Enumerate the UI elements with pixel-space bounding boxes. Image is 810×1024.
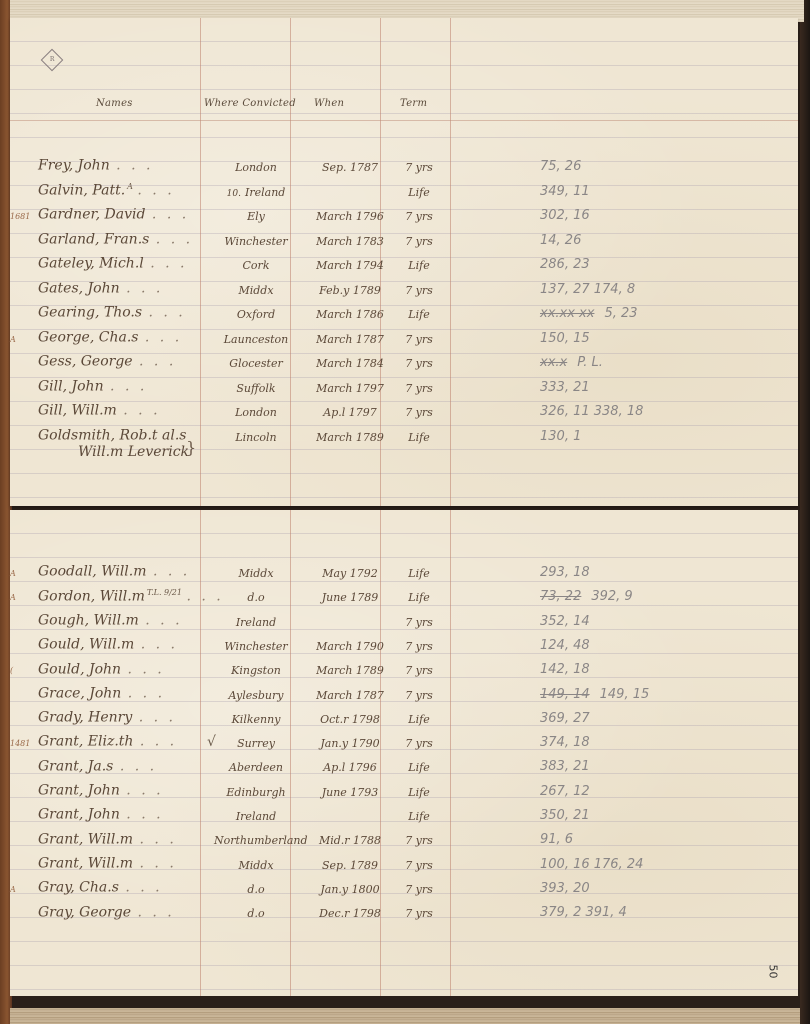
book-edge-right bbox=[800, 0, 810, 1024]
conviction-date: Sep. 1787 bbox=[306, 161, 394, 174]
table-row: Gill, John . . .SuffolkMarch 17977 yrs33… bbox=[10, 375, 798, 399]
leader-dots: . . . bbox=[145, 330, 182, 346]
leader-dots: . . . bbox=[125, 880, 162, 896]
pencil-reference: 142, 18 bbox=[540, 662, 590, 677]
place-convicted: Launceston bbox=[214, 333, 298, 346]
sentence-term: 7 yrs bbox=[388, 382, 450, 395]
sentence-term: Life bbox=[388, 713, 450, 726]
leader-dots: . . . bbox=[139, 710, 176, 726]
struck-reference: 73, 22 bbox=[540, 589, 581, 604]
margin-annotation: 1481 bbox=[10, 739, 30, 748]
place-text: Ireland bbox=[236, 810, 276, 823]
place-convicted: London bbox=[214, 406, 298, 419]
leader-dots: . . . bbox=[137, 904, 174, 920]
reference-text: 286, 23 bbox=[540, 257, 590, 272]
table-row: Gates, John . . .MiddxFeb.y 17897 yrs137… bbox=[10, 277, 798, 301]
reference-text: 302, 16 bbox=[540, 208, 590, 223]
sentence-term: 7 yrs bbox=[388, 616, 450, 629]
reference-text: 150, 15 bbox=[540, 331, 590, 346]
place-convicted: Cork bbox=[214, 259, 298, 272]
conviction-date: Jan.y 1790 bbox=[306, 737, 394, 750]
place-text: Winchester bbox=[224, 640, 287, 653]
table-row: Frey, John . . .LondonSep. 17877 yrs75, … bbox=[10, 154, 798, 178]
reference-text: 333, 21 bbox=[540, 380, 590, 395]
sentence-term: 7 yrs bbox=[388, 235, 450, 248]
conviction-date: Sep. 1789 bbox=[306, 859, 394, 872]
struck-reference: xx.x bbox=[540, 355, 567, 370]
reference-text: 124, 48 bbox=[540, 638, 590, 653]
sentence-term: Life bbox=[388, 591, 450, 604]
place-convicted: Kilkenny bbox=[214, 713, 298, 726]
convict-name: Garland, Fran.s . . . bbox=[38, 231, 193, 248]
sentence-term: 7 yrs bbox=[388, 859, 450, 872]
sentence-term: 7 yrs bbox=[388, 907, 450, 920]
place-convicted: Surrey bbox=[214, 737, 298, 750]
leader-dots: . . . bbox=[140, 831, 177, 847]
table-row: Garland, Fran.s . . .WinchesterMarch 178… bbox=[10, 228, 798, 252]
table-row: Gateley, Mich.l . . .CorkMarch 1794Life2… bbox=[10, 252, 798, 276]
name-text: Grant, John bbox=[38, 807, 120, 823]
pencil-reference: 352, 14 bbox=[540, 614, 590, 629]
conviction-date: March 1790 bbox=[306, 640, 394, 653]
header-rule bbox=[10, 120, 798, 121]
convict-name: Gray, George . . . bbox=[38, 904, 175, 921]
reference-text: 100, 16 176, 24 bbox=[540, 857, 643, 872]
sentence-term: 7 yrs bbox=[388, 161, 450, 174]
reference-text: P. L. bbox=[577, 355, 603, 370]
pencil-reference: 333, 21 bbox=[540, 380, 590, 395]
reference-text: 267, 12 bbox=[540, 784, 590, 799]
sentence-term: Life bbox=[388, 431, 450, 444]
place-convicted: Winchester bbox=[214, 640, 298, 653]
conviction-date: March 1796 bbox=[306, 210, 394, 223]
pencil-reference: 124, 48 bbox=[540, 638, 590, 653]
place-text: Ireland bbox=[236, 616, 276, 629]
sentence-term: 7 yrs bbox=[388, 333, 450, 346]
margin-annotation: 1681 bbox=[10, 212, 30, 221]
convict-name: Grant, Will.m . . . bbox=[38, 855, 177, 872]
leader-dots: . . . bbox=[126, 807, 163, 823]
reference-text: 379, 2 391, 4 bbox=[540, 905, 627, 920]
convict-name: Grace, John . . . bbox=[38, 685, 165, 702]
name-text: Gess, George bbox=[38, 354, 133, 370]
pencil-reference: 379, 2 391, 4 bbox=[540, 905, 627, 920]
conviction-date: Oct.r 1798 bbox=[306, 713, 394, 726]
place-text: Launceston bbox=[224, 333, 288, 346]
convict-name: Gill, John . . . bbox=[38, 378, 147, 395]
reference-text: 326, 11 338, 18 bbox=[540, 404, 643, 419]
leader-dots: . . . bbox=[156, 232, 193, 248]
place-convicted: Edinburgh bbox=[214, 786, 298, 799]
pencil-reference: 349, 11 bbox=[540, 184, 590, 199]
pencil-reference: 149, 14149, 15 bbox=[540, 687, 649, 702]
place-text: Aylesbury bbox=[229, 689, 284, 702]
reference-text: 293, 18 bbox=[540, 565, 590, 580]
table-row: AGray, Cha.s . . .d.oJan.y 18007 yrs393,… bbox=[10, 876, 798, 900]
name-text: Gould, Will.m bbox=[38, 637, 134, 653]
sentence-term: Life bbox=[388, 308, 450, 321]
table-row: Gough, Will.m . . .Ireland7 yrs352, 14 bbox=[10, 609, 798, 633]
place-convicted: Winchester bbox=[214, 235, 298, 248]
table-row: (Gould, John . . .KingstonMarch 17897 yr… bbox=[10, 657, 798, 681]
conviction-date: Dec.r 1798 bbox=[306, 907, 394, 920]
reference-text: 392, 9 bbox=[591, 589, 632, 604]
convict-alias: Will.m Leverick bbox=[78, 444, 189, 466]
pencil-reference: 350, 21 bbox=[540, 808, 590, 823]
reference-text: 369, 27 bbox=[540, 711, 590, 726]
place-text: Surrey bbox=[237, 737, 275, 750]
pencil-reference: 369, 27 bbox=[540, 711, 590, 726]
place-text: Lincoln bbox=[235, 431, 276, 444]
name-text: Gray, Cha.s bbox=[38, 880, 119, 896]
pencil-reference: xx.xx xx5, 23 bbox=[540, 306, 638, 321]
place-convicted: Middx bbox=[214, 567, 298, 580]
margin-annotation: ( bbox=[10, 666, 13, 675]
place-convicted: Aberdeen bbox=[214, 761, 298, 774]
name-text: Gray, George bbox=[38, 904, 131, 920]
name-text: Gateley, Mich.l bbox=[38, 256, 144, 272]
reference-text: 149, 15 bbox=[600, 687, 650, 702]
pencil-reference: 383, 21 bbox=[540, 759, 590, 774]
place-text: Northumberland bbox=[214, 834, 308, 847]
place-text: d.o bbox=[247, 591, 264, 604]
pencil-reference: 137, 27 174, 8 bbox=[540, 282, 635, 297]
table-row: Gess, George . . .GlocesterMarch 17847 y… bbox=[10, 350, 798, 374]
convict-name: Gould, John . . . bbox=[38, 661, 165, 678]
conviction-date: March 1784 bbox=[306, 357, 394, 370]
place-text: Kingston bbox=[231, 664, 281, 677]
pencil-reference: 75, 26 bbox=[540, 159, 581, 174]
name-annotation: T.L. 9/21 bbox=[147, 588, 182, 597]
name-text: Grant, Ja.s bbox=[38, 758, 113, 774]
leader-dots: . . . bbox=[145, 613, 182, 629]
sentence-term: 7 yrs bbox=[388, 737, 450, 750]
leader-dots: . . . bbox=[149, 305, 186, 321]
place-convicted: d.o bbox=[214, 591, 298, 604]
reference-text: 352, 14 bbox=[540, 614, 590, 629]
name-text: Frey, John bbox=[38, 158, 110, 174]
convict-name: Gearing, Tho.s . . . bbox=[38, 304, 186, 321]
margin-annotation: A bbox=[10, 335, 16, 344]
place-text: London bbox=[235, 406, 277, 419]
table-row: Grady, Henry . . .KilkennyOct.r 1798Life… bbox=[10, 706, 798, 730]
reference-text: 14, 26 bbox=[540, 233, 581, 248]
place-text: Oxford bbox=[237, 308, 275, 321]
table-row: AGeorge, Cha.s . . .LauncestonMarch 1787… bbox=[10, 326, 798, 350]
place-convicted: Oxford bbox=[214, 308, 298, 321]
column-header-term: Term bbox=[400, 98, 427, 109]
name-text: Gough, Will.m bbox=[38, 613, 139, 629]
name-text: Grant, Will.m bbox=[38, 831, 133, 847]
place-text: Cork bbox=[243, 259, 270, 272]
reference-text: 91, 6 bbox=[540, 832, 573, 847]
name-text: Gearing, Tho.s bbox=[38, 305, 142, 321]
leader-dots: . . . bbox=[139, 354, 176, 370]
conviction-date: March 1789 bbox=[306, 664, 394, 677]
sentence-term: 7 yrs bbox=[388, 406, 450, 419]
place-note: 10. bbox=[227, 189, 241, 199]
reference-text: 142, 18 bbox=[540, 662, 590, 677]
place-text: Ely bbox=[247, 210, 265, 223]
column-header-when: When bbox=[314, 98, 344, 109]
sentence-term: Life bbox=[388, 567, 450, 580]
convict-name: Galvin, Patt.A . . . bbox=[38, 182, 175, 199]
table-row: AGordon, Will.mT.L. 9/21 . . .d.oJune 17… bbox=[10, 584, 798, 608]
brace-icon: } bbox=[186, 438, 196, 457]
place-convicted: Lincoln bbox=[214, 431, 298, 444]
place-text: d.o bbox=[247, 883, 264, 896]
leader-dots: . . . bbox=[120, 758, 157, 774]
name-text: Galvin, Patt. bbox=[38, 183, 125, 199]
pencil-reference: 91, 6 bbox=[540, 832, 573, 847]
table-row: Grant, Will.m . . .NorthumberlandMid.r 1… bbox=[10, 827, 798, 851]
conviction-date: Ap.l 1797 bbox=[306, 406, 394, 419]
sentence-term: Life bbox=[388, 810, 450, 823]
conviction-date: March 1786 bbox=[306, 308, 394, 321]
place-text: Suffolk bbox=[236, 382, 275, 395]
page-edges-bottom bbox=[10, 1008, 800, 1024]
leader-dots: . . . bbox=[128, 686, 165, 702]
pencil-reference: 293, 18 bbox=[540, 565, 590, 580]
reference-text: 393, 20 bbox=[540, 881, 590, 896]
sentence-term: Life bbox=[388, 186, 450, 199]
conviction-date: Mid.r 1788 bbox=[306, 834, 394, 847]
name-text: Garland, Fran.s bbox=[38, 232, 149, 248]
table-row: Grant, Ja.s . . .AberdeenAp.l 1796Life38… bbox=[10, 754, 798, 778]
conviction-date: March 1787 bbox=[306, 689, 394, 702]
place-convicted: Northumberland bbox=[214, 834, 298, 847]
table-row: Gill, Will.m . . .LondonAp.l 17977 yrs32… bbox=[10, 399, 798, 423]
pencil-reference: 130, 1 bbox=[540, 429, 581, 444]
convict-name: Grady, Henry . . . bbox=[38, 709, 176, 726]
place-convicted: Ireland bbox=[214, 616, 298, 629]
sentence-term: Life bbox=[388, 259, 450, 272]
convict-name: Grant, Ja.s . . . bbox=[38, 758, 157, 775]
leader-dots: . . . bbox=[123, 403, 160, 419]
place-convicted: d.o bbox=[214, 907, 298, 920]
place-text: Middx bbox=[238, 859, 273, 872]
convict-name: Gates, John . . . bbox=[38, 280, 163, 297]
reference-text: 130, 1 bbox=[540, 429, 581, 444]
conviction-date: March 1789 bbox=[306, 431, 394, 444]
pencil-reference: 150, 15 bbox=[540, 331, 590, 346]
table-row: Galvin, Patt.A . . .10.IrelandLife349, 1… bbox=[10, 179, 798, 203]
name-text: Gardner, David bbox=[38, 207, 145, 223]
leader-dots: . . . bbox=[126, 783, 163, 799]
margin-annotation: A bbox=[10, 593, 16, 602]
pencil-reference: xx.xP. L. bbox=[540, 355, 603, 370]
table-row: 1681Gardner, David . . .ElyMarch 17967 y… bbox=[10, 203, 798, 227]
place-text: Middx bbox=[238, 567, 273, 580]
sentence-term: Life bbox=[388, 761, 450, 774]
place-convicted: 10.Ireland bbox=[214, 186, 298, 199]
convict-name: Grant, John . . . bbox=[38, 806, 164, 823]
leader-dots: . . . bbox=[150, 256, 187, 272]
leader-dots: . . . bbox=[128, 661, 165, 677]
sentence-term: 7 yrs bbox=[388, 357, 450, 370]
name-text: Gill, Will.m bbox=[38, 403, 117, 419]
conviction-date: Jan.y 1800 bbox=[306, 883, 394, 896]
place-convicted: Aylesbury bbox=[214, 689, 298, 702]
convict-name: Gray, Cha.s . . . bbox=[38, 879, 163, 896]
table-row: 1481Grant, Eliz.th . . .√SurreyJan.y 179… bbox=[10, 730, 798, 754]
sentence-term: 7 yrs bbox=[388, 664, 450, 677]
reference-text: 75, 26 bbox=[540, 159, 581, 174]
table-row: Gould, Will.m . . .WinchesterMarch 17907… bbox=[10, 633, 798, 657]
convict-name: Gardner, David . . . bbox=[38, 206, 189, 223]
table-row: Grant, John . . .IrelandLife350, 21 bbox=[10, 803, 798, 827]
leader-dots: . . . bbox=[137, 183, 174, 199]
name-text: Gill, John bbox=[38, 379, 104, 395]
leader-dots: . . . bbox=[140, 734, 177, 750]
convict-name: Gould, Will.m . . . bbox=[38, 636, 178, 653]
sentence-term: 7 yrs bbox=[388, 883, 450, 896]
place-text: Kilkenny bbox=[232, 713, 281, 726]
table-row: Grace, John . . .AylesburyMarch 17877 yr… bbox=[10, 682, 798, 706]
convict-name: Grant, Eliz.th . . . bbox=[38, 733, 177, 750]
pencil-reference: 326, 11 338, 18 bbox=[540, 404, 643, 419]
convict-name: Goodall, Will.m . . . bbox=[38, 563, 190, 580]
leader-dots: . . . bbox=[140, 856, 177, 872]
conviction-date: March 1787 bbox=[306, 333, 394, 346]
place-text: Edinburgh bbox=[226, 786, 285, 799]
name-text: Grant, John bbox=[38, 783, 120, 799]
name-text: Grant, Will.m bbox=[38, 856, 133, 872]
convict-name: Gordon, Will.mT.L. 9/21 . . . bbox=[38, 588, 224, 605]
convict-name: Gill, Will.m . . . bbox=[38, 402, 161, 419]
column-header-where-convicted: Where Convicted bbox=[204, 98, 296, 109]
name-annotation: A bbox=[127, 182, 133, 191]
sentence-term: 7 yrs bbox=[388, 210, 450, 223]
pencil-reference: 267, 12 bbox=[540, 784, 590, 799]
place-convicted: Glocester bbox=[214, 357, 298, 370]
name-text: Gould, John bbox=[38, 661, 121, 677]
table-row: Gray, George . . .d.oDec.r 17987 yrs379,… bbox=[10, 900, 798, 924]
name-text: Gates, John bbox=[38, 281, 120, 297]
reference-text: 350, 21 bbox=[540, 808, 590, 823]
name-text: Grace, John bbox=[38, 686, 121, 702]
reference-text: 374, 18 bbox=[540, 735, 590, 750]
place-text: Glocester bbox=[229, 357, 282, 370]
name-text: Goldsmith, Rob.t al.s bbox=[38, 428, 186, 444]
name-text: George, Cha.s bbox=[38, 330, 138, 346]
column-header-names: Names bbox=[96, 98, 133, 109]
ledger-page-bottom: AGoodall, Will.m . . .MiddxMay 1792Life2… bbox=[10, 510, 798, 996]
pencil-reference: 14, 26 bbox=[540, 233, 581, 248]
leader-dots: . . . bbox=[126, 281, 163, 297]
name-text: Grady, Henry bbox=[38, 710, 132, 726]
leader-dots: . . . bbox=[141, 637, 178, 653]
pencil-reference: 286, 23 bbox=[540, 257, 590, 272]
conviction-date: June 1789 bbox=[306, 591, 394, 604]
reference-text: 349, 11 bbox=[540, 184, 590, 199]
struck-reference: 149, 14 bbox=[540, 687, 590, 702]
conviction-date: March 1783 bbox=[306, 235, 394, 248]
name-text: Gordon, Will.m bbox=[38, 588, 145, 604]
place-convicted: Suffolk bbox=[214, 382, 298, 395]
pencil-reference: 374, 18 bbox=[540, 735, 590, 750]
convict-name: Goldsmith, Rob.t al.s bbox=[38, 427, 188, 444]
place-text: London bbox=[235, 161, 277, 174]
table-row: Goldsmith, Rob.t al.sWill.m Leverick}Lin… bbox=[10, 424, 798, 448]
leader-dots: . . . bbox=[116, 158, 153, 174]
conviction-date: June 1793 bbox=[306, 786, 394, 799]
place-convicted: d.o bbox=[214, 883, 298, 896]
sentence-term: Life bbox=[388, 786, 450, 799]
struck-reference: xx.xx xx bbox=[540, 306, 594, 321]
leader-dots: . . . bbox=[153, 564, 190, 580]
leader-dots: . . . bbox=[152, 207, 189, 223]
ledger-page-top: R Names Where Convicted When Term Frey, … bbox=[10, 18, 798, 506]
place-convicted: Middx bbox=[214, 859, 298, 872]
margin-annotation: A bbox=[10, 885, 16, 894]
place-convicted: London bbox=[214, 161, 298, 174]
place-text: Winchester bbox=[224, 235, 287, 248]
convict-name: Grant, Will.m . . . bbox=[38, 831, 177, 848]
pencil-reference: 393, 20 bbox=[540, 881, 590, 896]
table-row: AGoodall, Will.m . . .MiddxMay 1792Life2… bbox=[10, 560, 798, 584]
pencil-reference: 302, 16 bbox=[540, 208, 590, 223]
place-convicted: Kingston bbox=[214, 664, 298, 677]
table-row: Grant, John . . .EdinburghJune 1793Life2… bbox=[10, 779, 798, 803]
margin-annotation: A bbox=[10, 569, 16, 578]
pencil-reference: 100, 16 176, 24 bbox=[540, 857, 643, 872]
convict-name: Gateley, Mich.l . . . bbox=[38, 255, 187, 272]
conviction-date: May 1792 bbox=[306, 567, 394, 580]
place-text: Ireland bbox=[245, 186, 285, 199]
sentence-term: 7 yrs bbox=[388, 640, 450, 653]
place-convicted: Ireland bbox=[214, 810, 298, 823]
convict-name: George, Cha.s . . . bbox=[38, 329, 182, 346]
place-text: Aberdeen bbox=[229, 761, 283, 774]
convict-name: Gess, George . . . bbox=[38, 353, 176, 370]
table-row: Grant, Will.m . . .MiddxSep. 17897 yrs10… bbox=[10, 852, 798, 876]
conviction-date: March 1794 bbox=[306, 259, 394, 272]
convict-name: Gough, Will.m . . . bbox=[38, 612, 183, 629]
place-text: Middx bbox=[238, 284, 273, 297]
reference-text: 5, 23 bbox=[604, 306, 637, 321]
sentence-term: 7 yrs bbox=[388, 834, 450, 847]
place-text: d.o bbox=[247, 907, 264, 920]
place-convicted: Ely bbox=[214, 210, 298, 223]
convict-name: Frey, John . . . bbox=[38, 157, 153, 174]
sentence-term: 7 yrs bbox=[388, 284, 450, 297]
conviction-date: Ap.l 1796 bbox=[306, 761, 394, 774]
conviction-date: Feb.y 1789 bbox=[306, 284, 394, 297]
pencil-reference: 73, 22392, 9 bbox=[540, 589, 633, 604]
table-row: Gearing, Tho.s . . .OxfordMarch 1786Life… bbox=[10, 301, 798, 325]
sentence-term: 7 yrs bbox=[388, 689, 450, 702]
name-text: Goodall, Will.m bbox=[38, 564, 147, 580]
folio-number: 50 bbox=[767, 965, 780, 979]
reference-text: 383, 21 bbox=[540, 759, 590, 774]
leader-dots: . . . bbox=[110, 379, 147, 395]
convict-name: Grant, John . . . bbox=[38, 782, 164, 799]
name-text: Grant, Eliz.th bbox=[38, 734, 133, 750]
conviction-date: March 1797 bbox=[306, 382, 394, 395]
reference-text: 137, 27 174, 8 bbox=[540, 282, 635, 297]
place-convicted: Middx bbox=[214, 284, 298, 297]
